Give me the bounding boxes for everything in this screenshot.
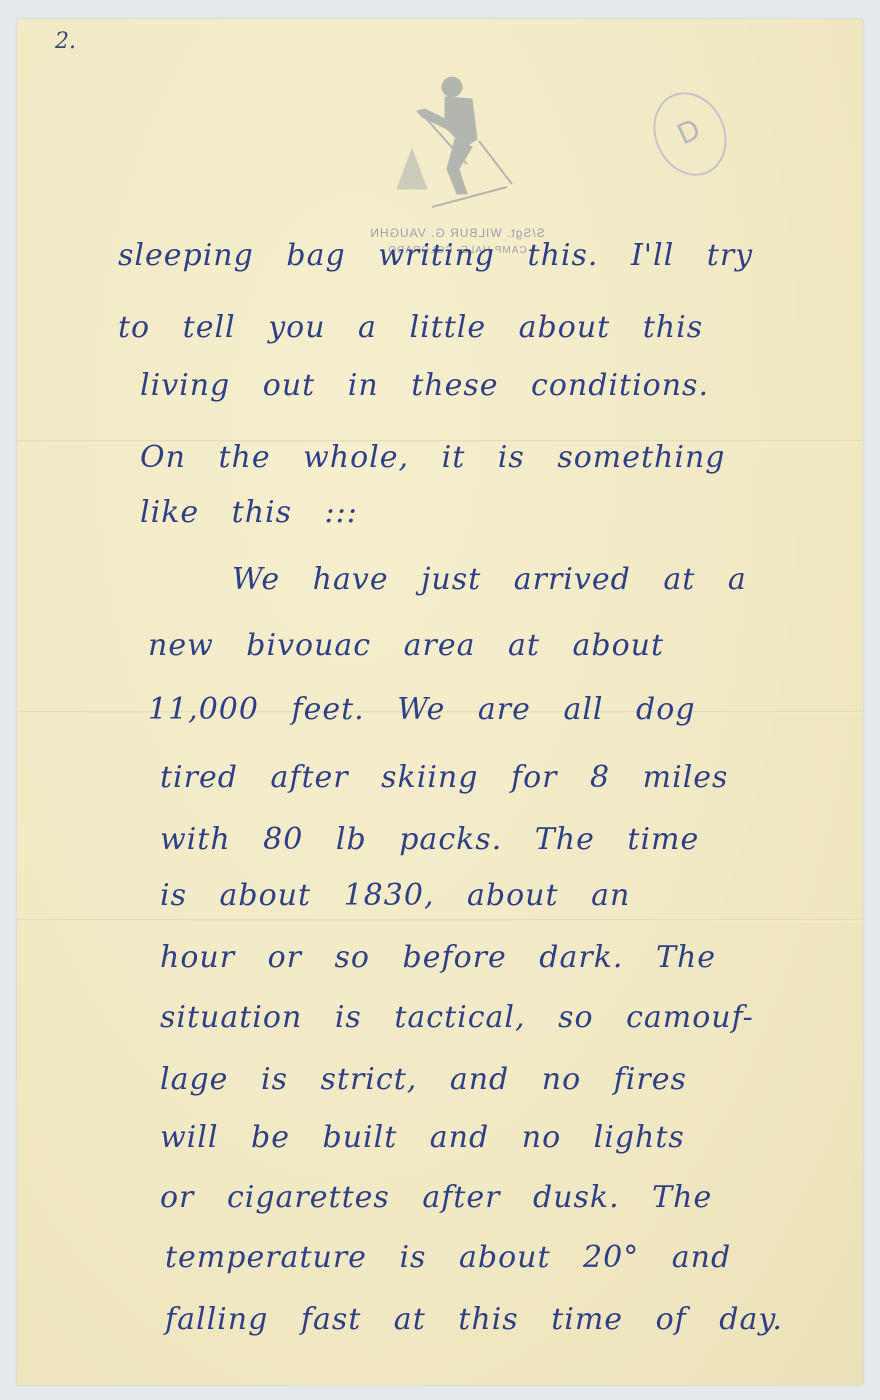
letter-line: with 80 lb packs. The time [160, 822, 699, 857]
letter-line: temperature is about 20° and [165, 1240, 731, 1275]
letter-line: sleeping bag writing this. I'll try [118, 238, 753, 273]
letter-line: We have just arrived at a [232, 562, 747, 597]
letter-line: to tell you a little about this [118, 310, 703, 345]
letter-line: or cigarettes after dusk. The [160, 1180, 712, 1215]
letter-line: is about 1830, about an [160, 878, 630, 913]
letter-line: like this ::: [140, 495, 358, 530]
letter-line: tired after skiing for 8 miles [160, 760, 728, 795]
letter-line: new bivouac area at about [148, 628, 664, 663]
letter-line: lage is strict, and no fires [160, 1062, 687, 1097]
skier-icon [377, 69, 517, 219]
fold-line [17, 919, 863, 922]
letter-line: will be built and no lights [160, 1120, 685, 1155]
letter-line: On the whole, it is something [140, 440, 725, 475]
letter-line: living out in these conditions. [140, 368, 709, 403]
letterhead: S/Sgt. WILBUR G. VAUGHN CAMP HALE, COLOR… [337, 59, 577, 249]
letter-line: falling fast at this time of day. [165, 1302, 783, 1337]
letter-line: 11,000 feet. We are all dog [148, 692, 696, 727]
page-number: 2. [55, 29, 76, 54]
stamp-letter: D [672, 112, 705, 151]
stamp-mark: D [640, 80, 740, 188]
letter-line: hour or so before dark. The [160, 940, 716, 975]
letter-line: situation is tactical, so camouf- [160, 1000, 754, 1035]
